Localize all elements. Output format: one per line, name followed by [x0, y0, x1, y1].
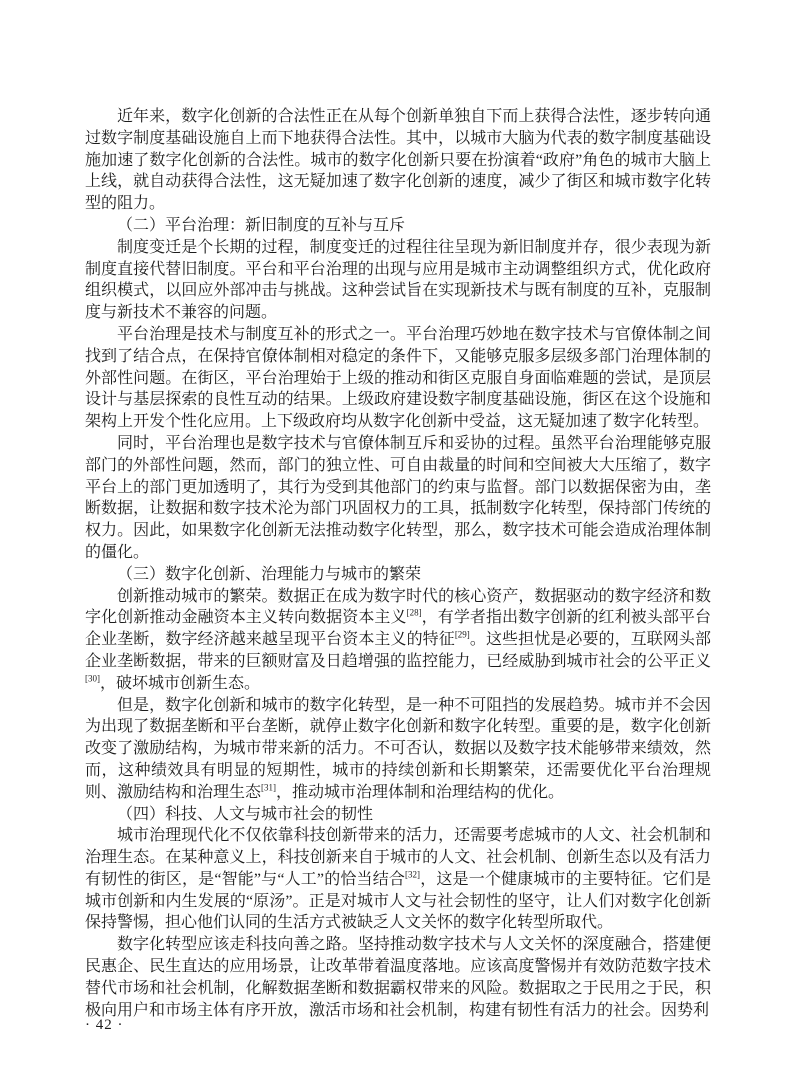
paragraph-text: 平台治理是技术与制度互补的形式之一。平台治理巧妙地在数字技术与官僚体制之间找到了… — [85, 326, 711, 430]
body-paragraph: 制度变迁是个长期的过程，制度变迁的过程往往呈现为新旧制度并存，很少表现为新制度直… — [85, 237, 711, 324]
paragraph-text: 数字化转型应该走科技向善之路。坚持推动数字技术与人文关怀的深度融合，搭建便民惠企… — [85, 936, 711, 1018]
citation-superscript: [30] — [85, 673, 100, 683]
citation-superscript: [32] — [405, 870, 420, 880]
body-paragraph: 同时，平台治理也是数字技术与官僚体制互斥和妥协的过程。虽然平台治理能够克服部门的… — [85, 433, 711, 564]
body-paragraph: 近年来，数字化创新的合法性正在从每个创新单独自下而上获得合法性，逐步转向通过数字… — [85, 106, 711, 215]
section-heading: （三）数字化创新、治理能力与城市的繁荣 — [85, 564, 711, 586]
page-number: · 42 · — [85, 1014, 124, 1036]
paragraph-text: 近年来，数字化创新的合法性正在从每个创新单独自下而上获得合法性，逐步转向通过数字… — [85, 108, 711, 212]
paragraph-text: 同时，平台治理也是数字技术与官僚体制互斥和妥协的过程。虽然平台治理能够克服部门的… — [85, 435, 711, 561]
citation-superscript: [28] — [407, 608, 422, 618]
heading-text: （二）平台治理：新旧制度的互补与互斥 — [117, 217, 405, 234]
body-paragraph: 创新推动城市的繁荣。数据正在成为数字时代的核心资产，数据驱动的数字经济和数字化创… — [85, 586, 711, 695]
page-body: 近年来，数字化创新的合法性正在从每个创新单独自下而上获得合法性，逐步转向通过数字… — [85, 106, 711, 1021]
paragraph-text: ，推动城市治理体制和治理结构的优化。 — [276, 784, 564, 801]
citation-superscript: [29] — [455, 630, 470, 640]
citation-superscript: [31] — [261, 782, 276, 792]
body-paragraph: 数字化转型应该走科技向善之路。坚持推动数字技术与人文关怀的深度融合，搭建便民惠企… — [85, 934, 711, 1021]
body-paragraph: 平台治理是技术与制度互补的形式之一。平台治理巧妙地在数字技术与官僚体制之间找到了… — [85, 324, 711, 433]
paragraph-text: ，破坏城市创新生态。 — [100, 675, 260, 692]
body-paragraph: 城市治理现代化不仅依靠科技创新带来的活力，还需要考虑城市的人文、社会机制和治理生… — [85, 825, 711, 934]
section-heading: （二）平台治理：新旧制度的互补与互斥 — [85, 215, 711, 237]
section-heading: （四）科技、人文与城市社会的韧性 — [85, 804, 711, 826]
heading-text: （三）数字化创新、治理能力与城市的繁荣 — [117, 566, 421, 583]
paragraph-text: 制度变迁是个长期的过程，制度变迁的过程往往呈现为新旧制度并存，很少表现为新制度直… — [85, 239, 711, 321]
body-paragraph: 但是，数字化创新和城市的数字化转型，是一种不可阻挡的发展趋势。城市并不会因为出现… — [85, 695, 711, 804]
heading-text: （四）科技、人文与城市社会的韧性 — [117, 806, 373, 823]
document-page: 近年来，数字化创新的合法性正在从每个创新单独自下而上获得合法性，逐步转向通过数字… — [0, 0, 793, 1077]
